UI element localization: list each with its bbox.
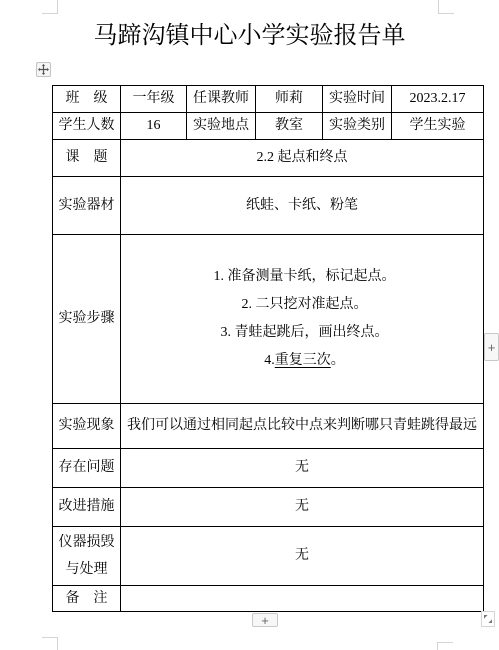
observation-label-cell[interactable]: 实验现象 (53, 404, 121, 449)
steps-label-cell[interactable]: 实验步骤 (53, 235, 121, 404)
table-row: 实验步骤 1. 准备测量卡纸，标记起点。 2. 二只挖对准起点。 3. 青蛙起跳… (53, 235, 484, 404)
equipment-value-cell[interactable]: 纸蛙、卡纸、粉笔 (121, 177, 484, 235)
margin-mark-bottom-right-h (437, 642, 453, 643)
step-line-1: 1. 准备测量卡纸，标记起点。 (121, 263, 483, 291)
topic-label-cell[interactable]: 课 题 (53, 140, 121, 177)
exp-location-label-cell[interactable]: 实验地点 (187, 113, 256, 140)
table-row: 课 题 2.2 起点和终点 (53, 140, 484, 177)
table-row: 学生人数 16 实验地点 教室 实验类别 学生实验 (53, 113, 484, 140)
exp-time-label-cell[interactable]: 实验时间 (323, 86, 392, 113)
improvements-label-cell[interactable]: 改进措施 (53, 488, 121, 527)
table-row: 仪器损毁 与处理 无 (53, 527, 484, 586)
table-row: 实验现象 我们可以通过相同起点比较中点来判断哪只青蛙跳得最远 (53, 404, 484, 449)
move-cross-icon (38, 64, 49, 75)
document-title[interactable]: 马蹄沟镇中心小学实验报告单 (0, 20, 499, 52)
step-line-4: 4.重复三次。 (121, 347, 483, 375)
margin-mark-top-left-v (57, 0, 58, 13)
experiment-report-table: 班 级 一年级 任课教师 师莉 实验时间 2023.2.17 学生人数 16 实… (52, 85, 484, 612)
class-value-cell[interactable]: 一年级 (121, 86, 187, 113)
step-4-prefix: 4. (264, 353, 275, 368)
exp-category-label-cell[interactable]: 实验类别 (323, 113, 392, 140)
remarks-label-cell[interactable]: 备 注 (53, 586, 121, 612)
observation-value-cell[interactable]: 我们可以通过相同起点比较中点来判断哪只青蛙跳得最远 (121, 404, 484, 449)
table-row: 班 级 一年级 任课教师 师莉 实验时间 2023.2.17 (53, 86, 484, 113)
teacher-value-cell[interactable]: 师莉 (256, 86, 323, 113)
margin-mark-bottom-left-h (42, 637, 58, 638)
table-row: 改进措施 无 (53, 488, 484, 527)
problems-value-cell[interactable]: 无 (121, 449, 484, 488)
exp-location-value-cell[interactable]: 教室 (256, 113, 323, 140)
student-count-value-cell[interactable]: 16 (121, 113, 187, 140)
plus-icon: + (261, 613, 269, 628)
topic-value-cell[interactable]: 2.2 起点和终点 (121, 140, 484, 177)
steps-value-cell[interactable]: 1. 准备测量卡纸，标记起点。 2. 二只挖对准起点。 3. 青蛙起跳后，画出终… (121, 235, 484, 404)
step-line-2: 2. 二只挖对准起点。 (121, 291, 483, 319)
problems-label-cell[interactable]: 存在问题 (53, 449, 121, 488)
margin-mark-top-right-v (438, 0, 439, 13)
add-column-button[interactable]: + (484, 333, 499, 361)
remarks-value-cell[interactable] (121, 586, 484, 612)
step-line-3: 3. 青蛙起跳后，画出终点。 (121, 319, 483, 347)
margin-mark-bottom-left-v (57, 637, 58, 650)
margin-mark-top-left-h (42, 13, 58, 14)
teacher-label-cell[interactable]: 任课教师 (187, 86, 256, 113)
margin-mark-bottom-right-v (437, 642, 438, 650)
add-row-button[interactable]: + (252, 613, 278, 627)
table-resize-handle[interactable] (481, 611, 495, 627)
document-page: 马蹄沟镇中心小学实验报告单 班 级 一年级 任课教师 师莉 实验时间 2023.… (0, 0, 499, 650)
table-row: 实验器材 纸蛙、卡纸、粉笔 (53, 177, 484, 235)
improvements-value-cell[interactable]: 无 (121, 488, 484, 527)
damage-value-cell[interactable]: 无 (121, 527, 484, 586)
table-row: 备 注 (53, 586, 484, 612)
table-row: 存在问题 无 (53, 449, 484, 488)
equipment-label-cell[interactable]: 实验器材 (53, 177, 121, 235)
damage-label-line-1: 仪器损毁 (53, 529, 120, 556)
exp-time-value-cell[interactable]: 2023.2.17 (392, 86, 484, 113)
damage-label-cell[interactable]: 仪器损毁 与处理 (53, 527, 121, 586)
student-count-label-cell[interactable]: 学生人数 (53, 113, 121, 140)
class-label-cell[interactable]: 班 级 (53, 86, 121, 113)
damage-label-line-2: 与处理 (53, 556, 120, 583)
step-4-suffix: 。 (331, 353, 345, 368)
table-move-handle[interactable] (36, 62, 51, 77)
exp-category-value-cell[interactable]: 学生实验 (392, 113, 484, 140)
step-4-underlined-text: 重复三次 (275, 353, 331, 368)
margin-mark-top-right-h (438, 13, 454, 14)
diagonal-resize-icon (483, 614, 493, 624)
plus-icon: + (488, 340, 496, 355)
